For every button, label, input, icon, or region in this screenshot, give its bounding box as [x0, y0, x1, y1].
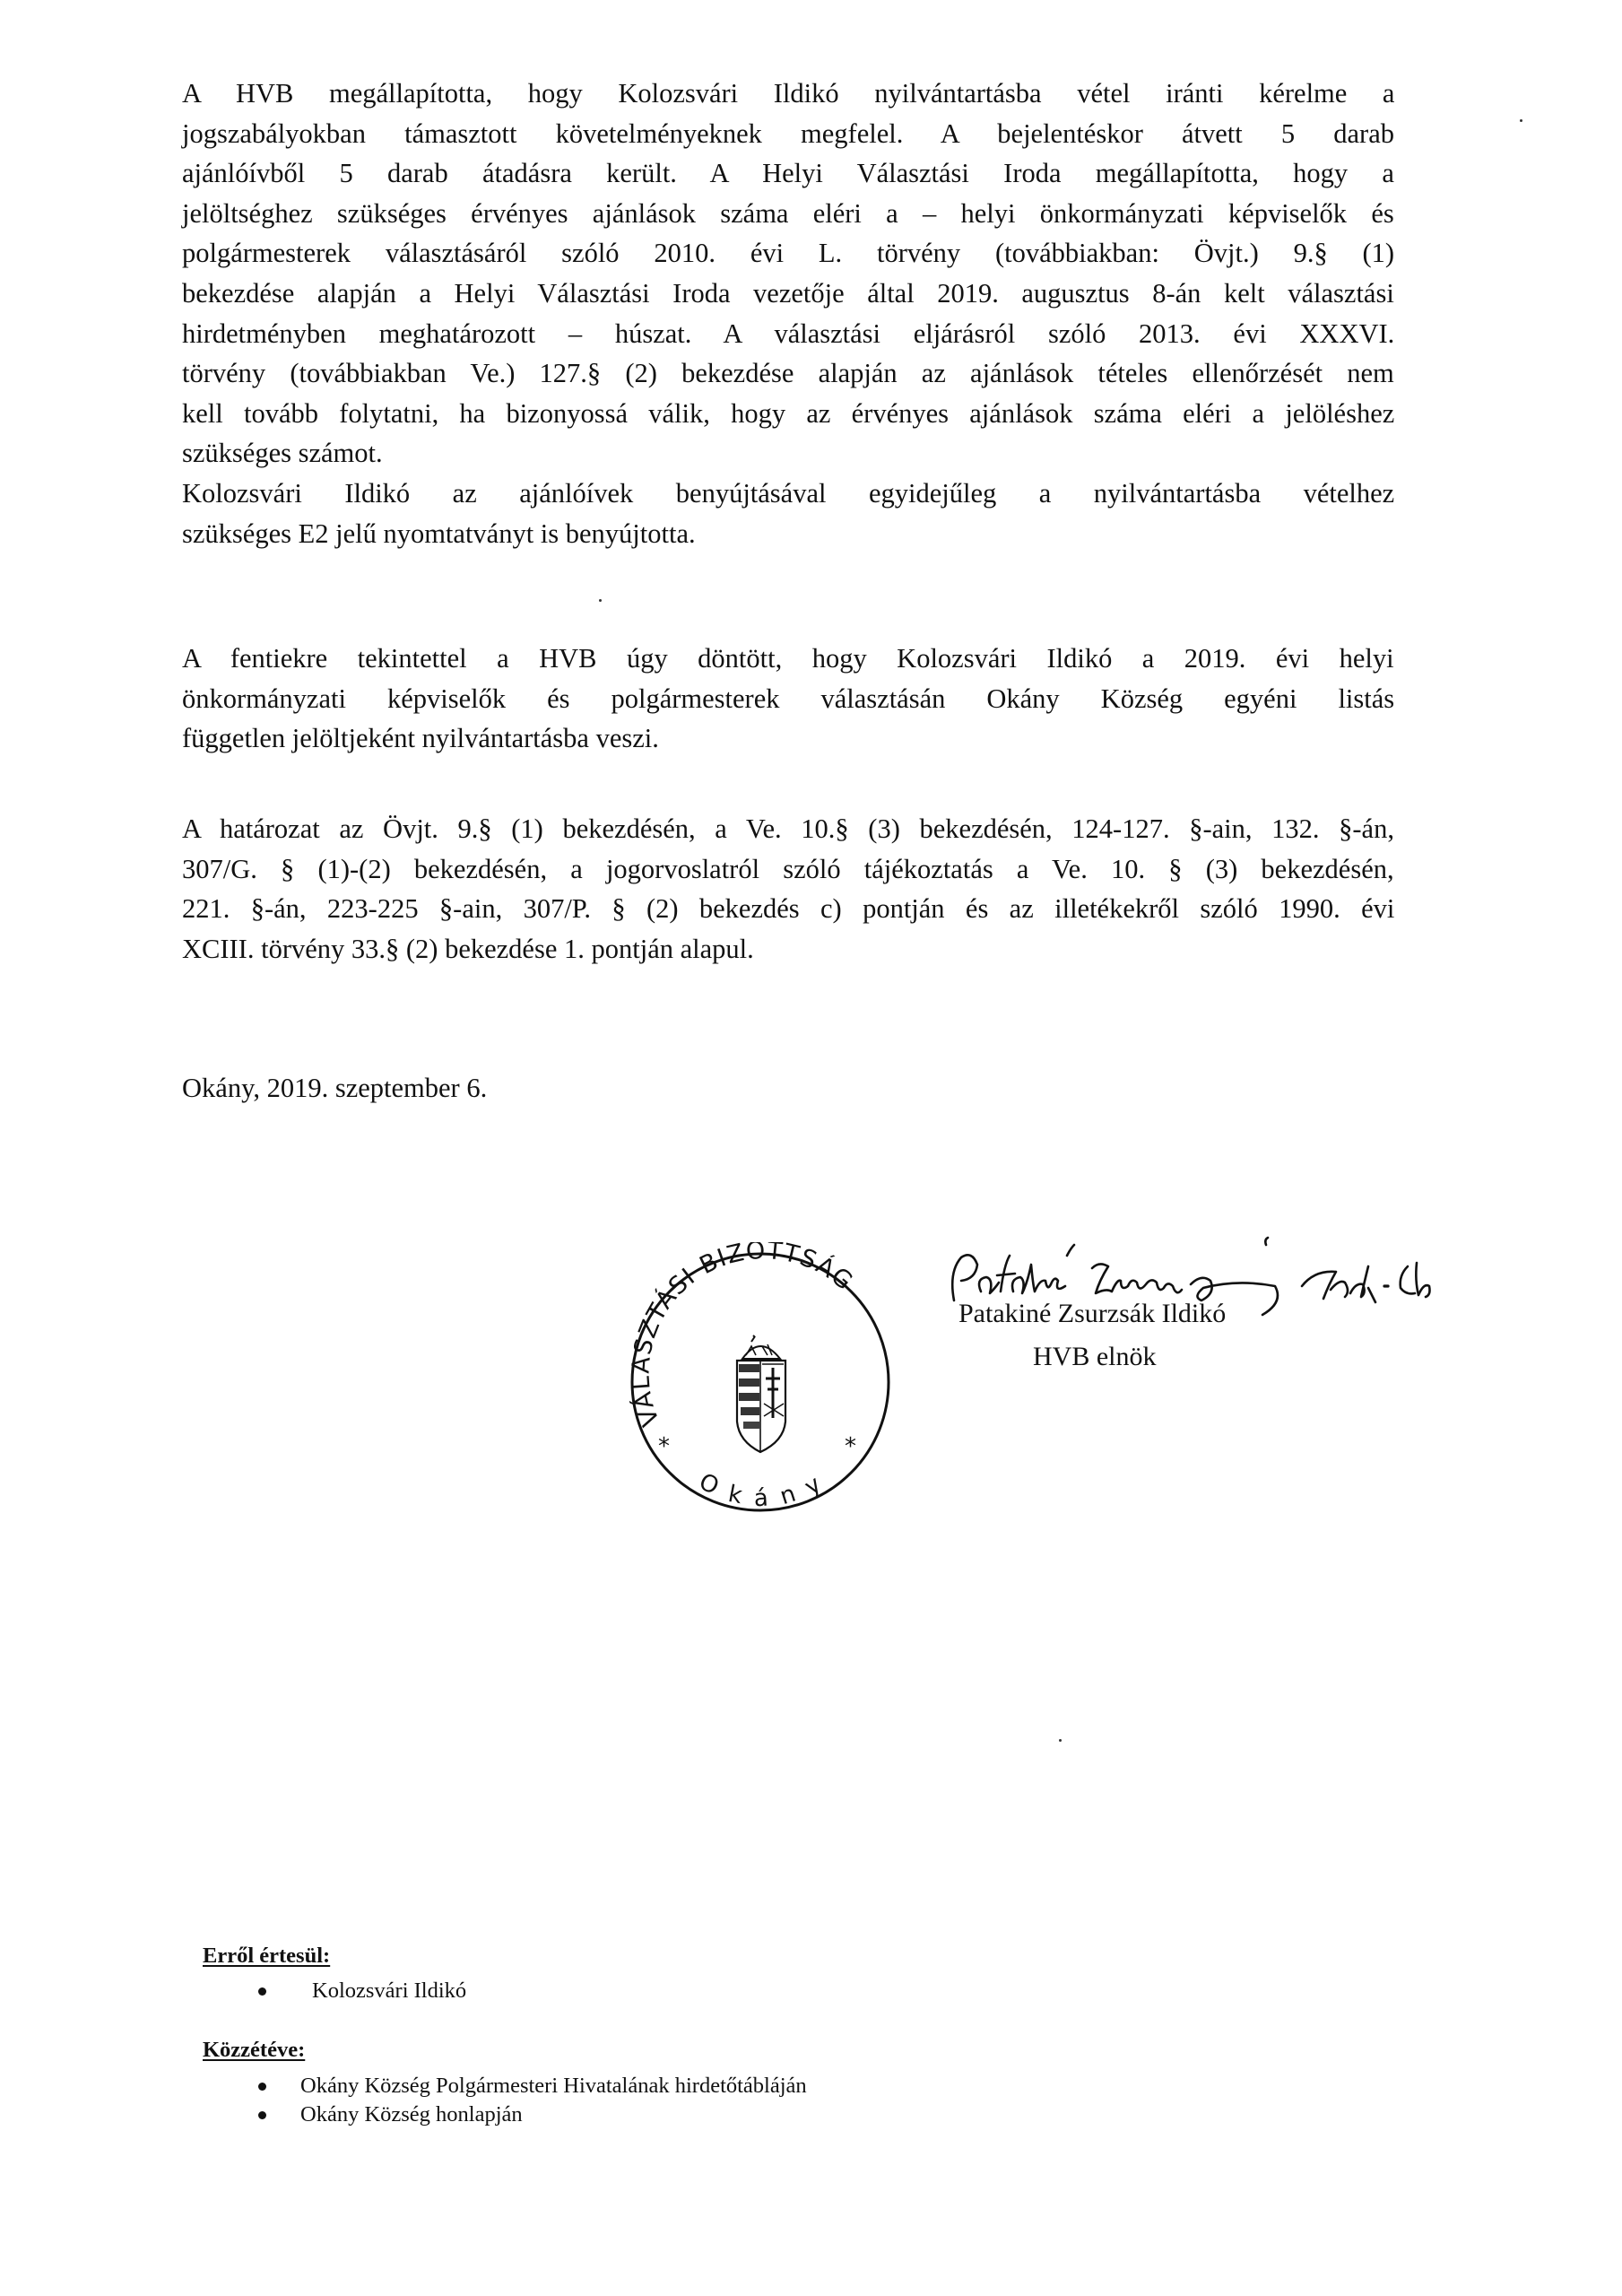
list-item-text: Okány Község honlapján [300, 2102, 523, 2126]
scan-speck [1520, 119, 1522, 122]
signer-role: HVB elnök [1033, 1342, 1157, 1372]
paragraph-legal-basis: A határozat az Övjt. 9.§ (1) bekezdésén,… [182, 809, 1394, 969]
list-item-text: Kolozsvári Ildikó [312, 1979, 466, 2003]
list-item: Okány Község honlapján [203, 2100, 807, 2129]
text-line: törvény (továbbiakban Ve.) 127.§ (2) bek… [182, 353, 1394, 394]
paragraph-decision: A fentiekre tekintettel a HVB úgy döntöt… [182, 639, 1394, 759]
text-line: A határozat az Övjt. 9.§ (1) bekezdésén,… [182, 809, 1394, 849]
signer-name: Patakiné Zsurzsák Ildikó [958, 1299, 1226, 1329]
document-page: A HVB megállapította, hogy Kolozsvári Il… [0, 0, 1622, 2296]
stamp-star-right: * [845, 1433, 856, 1460]
scan-speck [599, 599, 602, 602]
stamp-star-left: * [658, 1433, 670, 1460]
stamp-bottom-text: Okány [695, 1463, 838, 1512]
text-line: kell tovább folytatni, ha bizonyossá vál… [182, 394, 1394, 434]
bullet-icon [258, 2083, 266, 2091]
distribution-notified: Erről értesül: Kolozsvári Ildikó [203, 1942, 466, 2005]
text-line: szükséges E2 jelű nyomtatványt is benyúj… [182, 514, 1394, 554]
distribution-published: Közzétéve: Okány Község Polgármesteri Hi… [203, 2036, 807, 2129]
text-line: 221. §-án, 223-225 §-ain, 307/P. § (2) b… [182, 889, 1394, 929]
list-item: Kolozsvári Ildikó [203, 1977, 466, 2005]
text-line: jelöltséghez szükséges érvényes ajánláso… [182, 194, 1394, 234]
text-line: polgármesterek választásáról szóló 2010.… [182, 233, 1394, 274]
coat-of-arms-icon [737, 1335, 785, 1452]
list-item-text: Okány Község Polgármesteri Hivatalának h… [300, 2074, 807, 2098]
notified-heading: Erről értesül: [203, 1942, 466, 1970]
scan-speck [1059, 1739, 1062, 1742]
published-heading: Közzétéve: [203, 2036, 807, 2065]
text-line: A fentiekre tekintettel a HVB úgy döntöt… [182, 639, 1394, 679]
date-place: Okány, 2019. szeptember 6. [182, 1070, 487, 1106]
text-line: bekezdése alapján a Helyi Választási Iro… [182, 274, 1394, 314]
bullet-icon [258, 1987, 266, 1996]
text-line: A HVB megállapította, hogy Kolozsvári Il… [182, 74, 1394, 114]
text-line: 307/G. § (1)-(2) bekezdésén, a jogorvosl… [182, 849, 1394, 890]
text-line: független jelöltjeként nyilvántartásba v… [182, 718, 1394, 759]
official-stamp: VÁLASZTÁSI BIZOTTSÁG * * Okány [619, 1242, 906, 1529]
paragraph-findings: A HVB megállapította, hogy Kolozsvári Il… [182, 74, 1394, 553]
bullet-icon [258, 2111, 266, 2119]
text-line: ajánlóívből 5 darab átadásra került. A H… [182, 153, 1394, 194]
text-line: önkormányzati képviselők és polgármester… [182, 679, 1394, 719]
list-item: Okány Község Polgármesteri Hivatalának h… [203, 2072, 807, 2100]
text-line: jogszabályokban támasztott követelmények… [182, 114, 1394, 154]
published-list: Okány Község Polgármesteri Hivatalának h… [203, 2072, 807, 2129]
text-line: szükséges számot. [182, 433, 1394, 474]
notified-list: Kolozsvári Ildikó [203, 1977, 466, 2005]
text-line: Kolozsvári Ildikó az ajánlóívek benyújtá… [182, 474, 1394, 514]
text-line: XCIII. törvény 33.§ (2) bekezdése 1. pon… [182, 929, 1394, 970]
text-line: hirdetményben meghatározott – húszat. A … [182, 314, 1394, 354]
stamp-outer-text: VÁLASZTÁSI BIZOTTSÁG [627, 1242, 858, 1430]
